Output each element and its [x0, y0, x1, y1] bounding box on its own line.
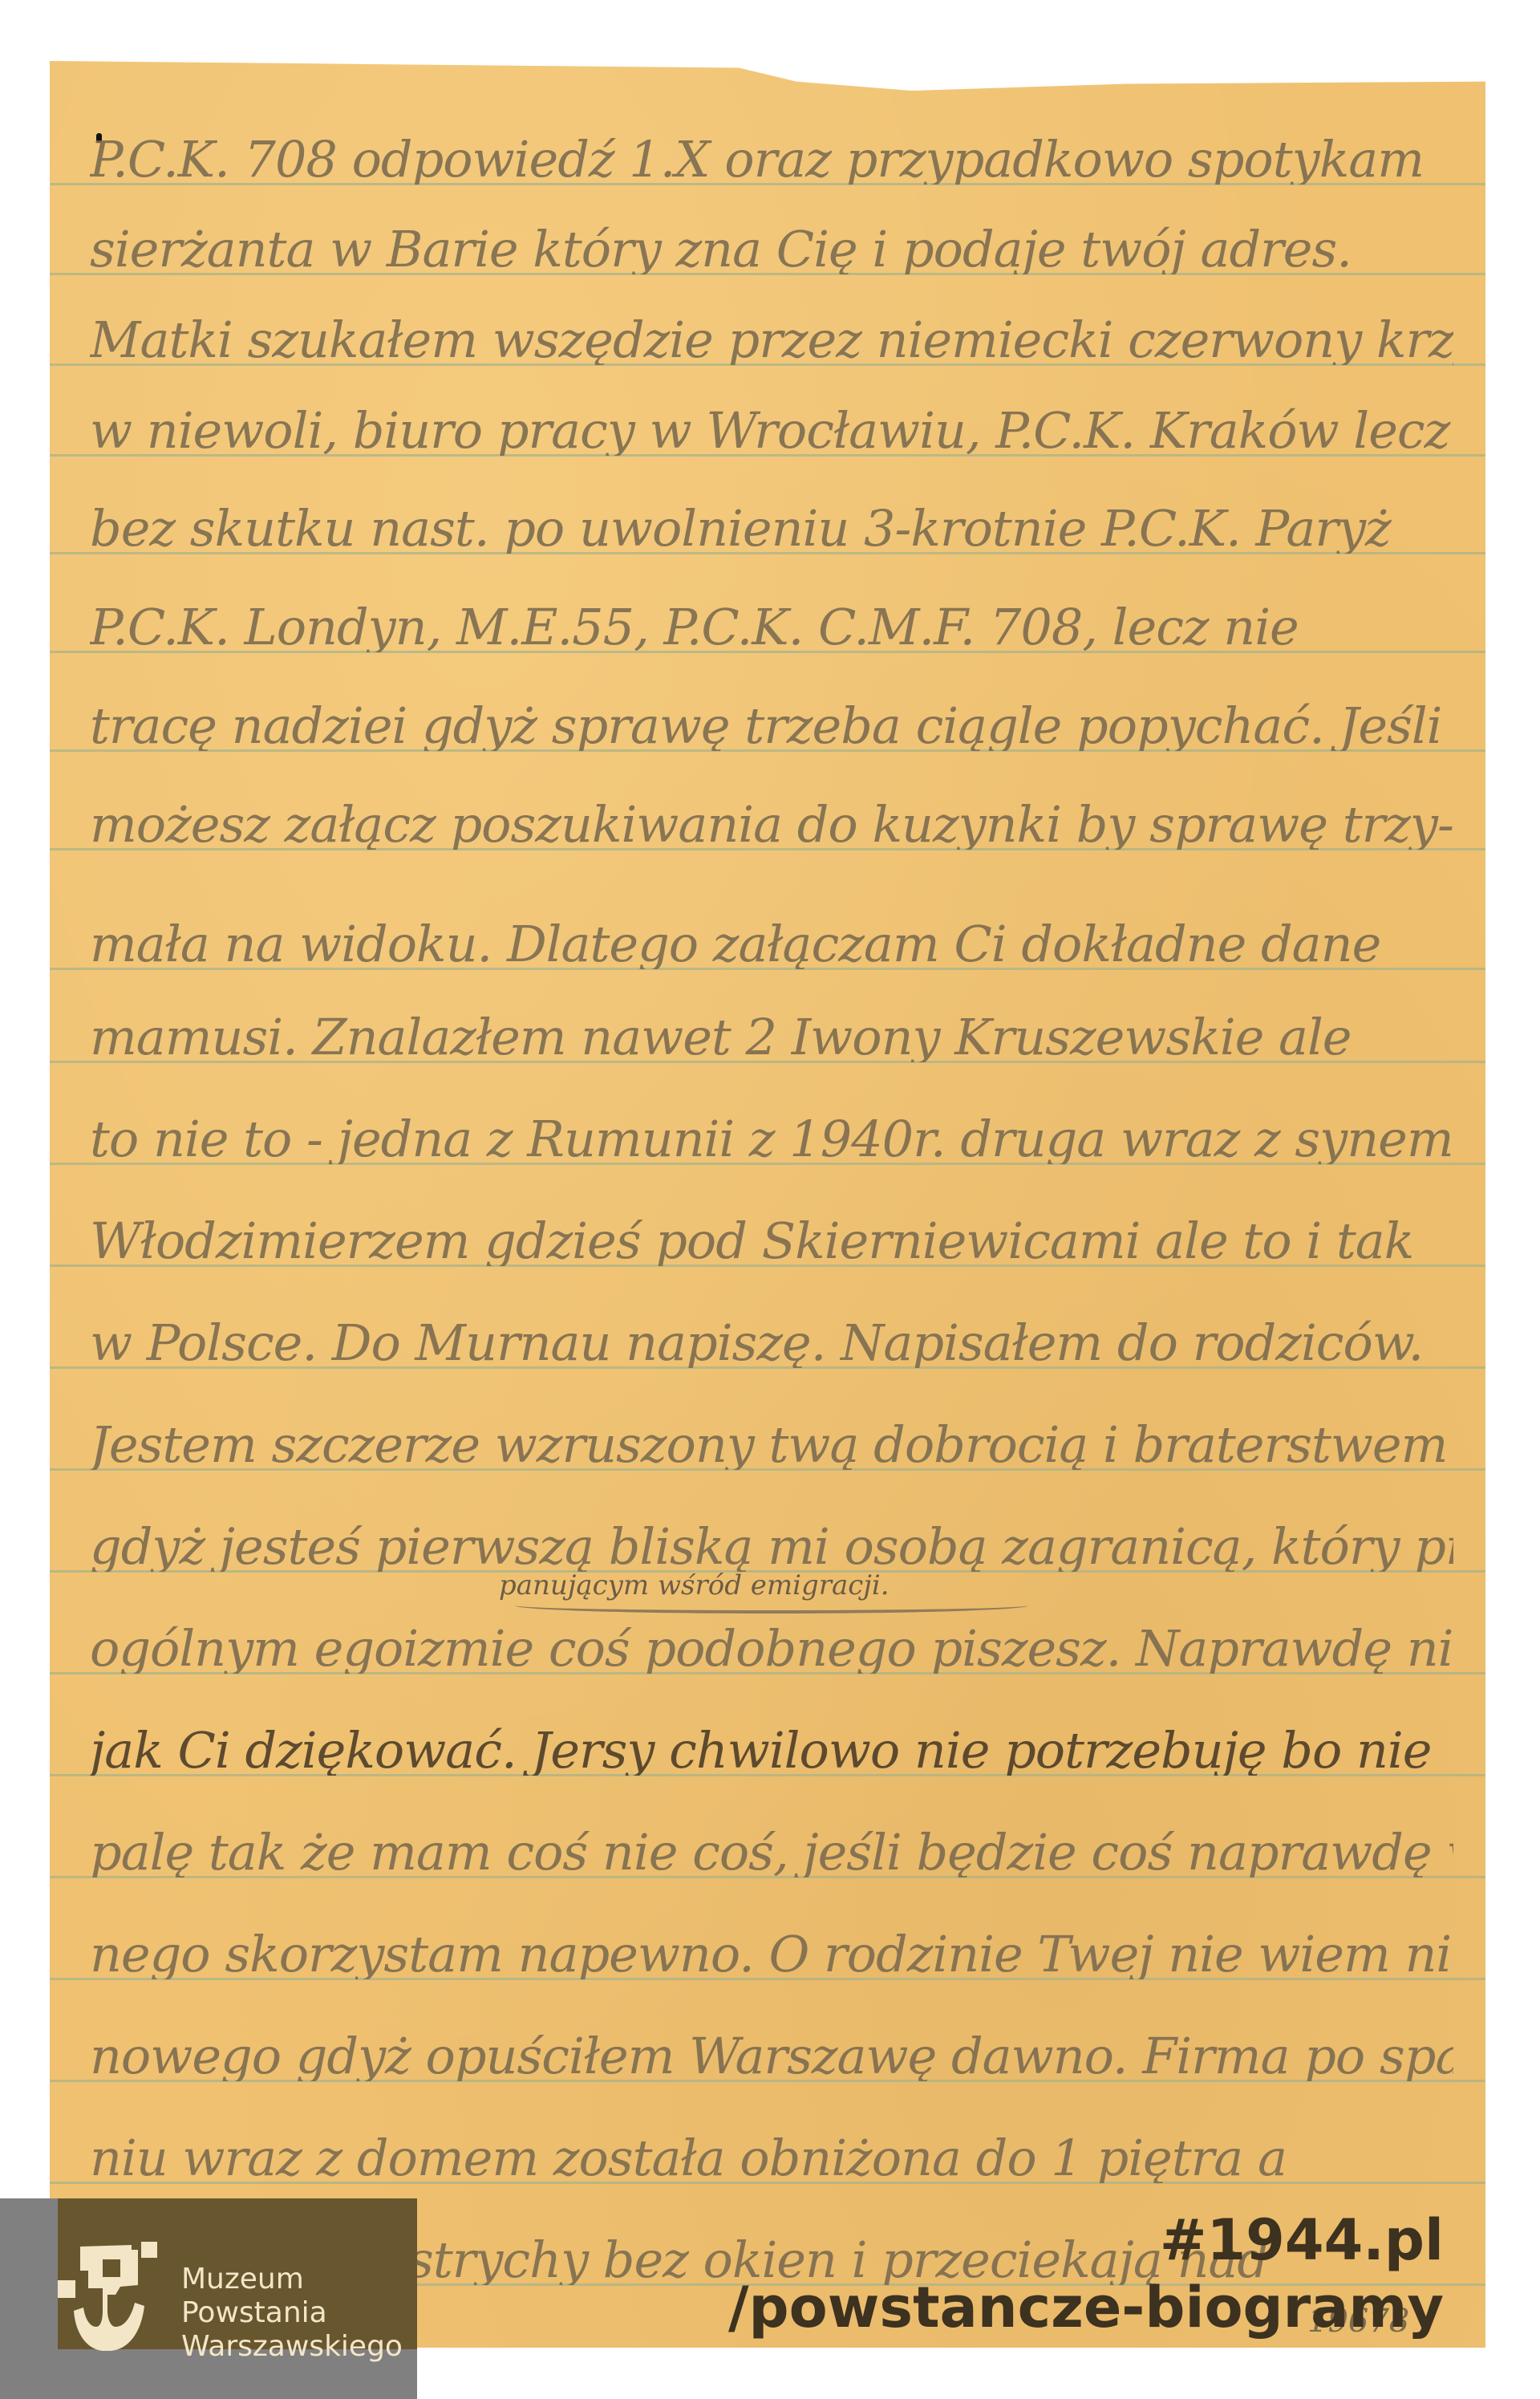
- letter-line: Jestem szczerze wzruszony twą dobrocią i…: [90, 1420, 1453, 1470]
- letter-line: bez skutku nast. po uwolnieniu 3-krotnie…: [90, 504, 1453, 554]
- museum-name-line: Muzeum: [181, 2263, 403, 2296]
- letter-line: nego skorzystam napewno. O rodzinie Twej…: [90, 1930, 1453, 1979]
- letter-line: sierżanta w Barie który zna Cię i podaje…: [90, 225, 1453, 274]
- museum-name: Muzeum Powstania Warszawskiego: [181, 2263, 403, 2364]
- letter-line: palę tak że mam coś nie coś, jeśli będzi…: [90, 1828, 1453, 1877]
- letter-line: gdyż jesteś pierwszą bliską mi osobą zag…: [90, 1522, 1453, 1572]
- hashtag-line-2: /powstancze-biogramy: [728, 2274, 1444, 2341]
- letter-line: możesz załącz poszukiwania do kuzynki by…: [90, 800, 1453, 850]
- letter-line: w niewoli, biuro pracy w Wrocławiu, P.C.…: [90, 406, 1453, 456]
- letter-page: P.C.K. 708 odpowiedź 1.X oraz przypadkow…: [50, 61, 1485, 2348]
- letter-line: tracę nadziei gdyż sprawę trzeba ciągle …: [90, 701, 1453, 751]
- letter-line: to nie to - jedna z Rumunii z 1940r. dru…: [90, 1114, 1453, 1164]
- insertion-wavy-mark: [515, 1597, 1028, 1614]
- letter-line: P.C.K. 708 odpowiedź 1.X oraz przypadkow…: [90, 135, 1453, 185]
- letter-line: nowego gdyż opuściłem Warszawę dawno. Fi…: [90, 2032, 1453, 2081]
- letter-line: mała na widoku. Dlatego załączam Ci dokł…: [90, 919, 1453, 969]
- museum-name-line: Powstania: [181, 2296, 403, 2330]
- letter-line: ogólnym egoizmie coś podobnego piszesz. …: [90, 1624, 1453, 1674]
- museum-logo-panel: Muzeum Powstania Warszawskiego: [0, 2198, 417, 2399]
- letter-line: Włodzimierzem gdzieś pod Skierniewicami …: [90, 1216, 1453, 1266]
- letter-line-emphasized: jak Ci dziękować. Jersy chwilowo nie pot…: [90, 1726, 1453, 1776]
- interlinear-insertion: panującym wśród emigracji.: [499, 1569, 890, 1601]
- letter-line: w Polsce. Do Murnau napiszę. Napisałem d…: [90, 1318, 1453, 1368]
- hashtag-line-1: #1944.pl: [728, 2206, 1444, 2274]
- letter-line: Matki szukałem wszędzie przez niemiecki …: [90, 315, 1453, 365]
- museum-name-line: Warszawskiego: [181, 2330, 403, 2364]
- letter-line: P.C.K. Londyn, M.E.55, P.C.K. C.M.F. 708…: [90, 603, 1453, 652]
- watermark-hashtag: #1944.pl /powstancze-biogramy: [728, 2206, 1444, 2341]
- kotwica-anchor-icon: [58, 2239, 158, 2359]
- letter-line: mamusi. Znalazłem nawet 2 Iwony Kruszews…: [90, 1013, 1453, 1062]
- letter-line: niu wraz z domem została obniżona do 1 p…: [90, 2133, 1453, 2183]
